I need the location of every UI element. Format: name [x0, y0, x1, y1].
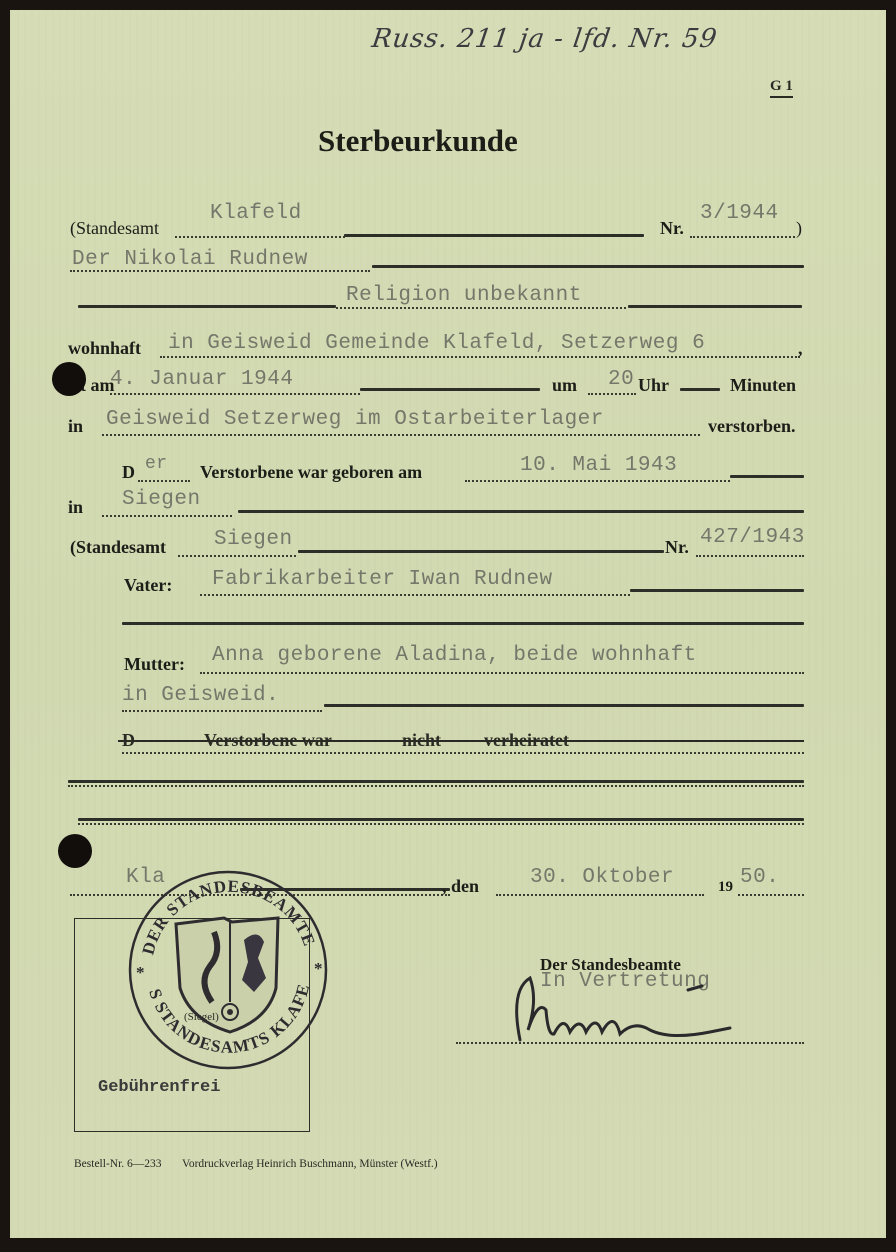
comma: ,	[798, 338, 803, 359]
religion-value: Religion unbekannt	[346, 284, 582, 307]
rule-line	[324, 704, 804, 707]
birth-place-value: Siegen	[122, 488, 201, 511]
rule-line	[238, 510, 804, 513]
rule-line	[78, 818, 804, 821]
minutes-label: Minuten	[730, 375, 796, 396]
deceased-name: Der Nikolai Rudnew	[72, 248, 308, 271]
rule-line	[360, 388, 540, 391]
died-label: verstorben.	[708, 416, 795, 437]
father-value: Fabrikarbeiter Iwan Rudnew	[212, 568, 553, 591]
close-paren: )	[796, 218, 802, 239]
official-seal-icon: DER STANDESBEAMTE DES STANDESAMTS KLAFEL…	[118, 862, 338, 1074]
mother-value-line1: Anna geborene Aladina, beide wohnhaft	[212, 644, 697, 667]
rule-line	[68, 780, 804, 783]
registry-label: (Standesamt	[70, 218, 159, 239]
fee-note: Gebührenfrei	[98, 1078, 220, 1097]
rule-line	[628, 305, 802, 308]
rule-line	[730, 475, 804, 478]
dotted-line	[110, 393, 360, 395]
registry-office-value: Klafeld	[210, 202, 302, 225]
dotted-line	[696, 555, 804, 557]
hour-label: Uhr	[638, 375, 669, 396]
form-code: G 1	[770, 78, 793, 98]
dotted-line	[175, 236, 345, 238]
dotted-line	[122, 710, 322, 712]
article-suffix: er	[145, 454, 168, 474]
dotted-line	[200, 672, 804, 674]
handwritten-annotation: Russ. 211 ja - lfd. Nr. 59	[370, 24, 720, 54]
year-prefix: 19	[718, 879, 733, 896]
strikethrough-line	[118, 740, 804, 742]
registry-nr-label: Nr.	[660, 218, 684, 239]
svg-text:*: *	[314, 959, 324, 978]
birth-nr-value: 427/1943	[700, 526, 805, 549]
article-prefix: D	[122, 462, 135, 483]
year-suffix-value: 50.	[740, 866, 779, 889]
residence-value: in Geisweid Gemeinde Klafeld, Setzerweg …	[168, 332, 705, 355]
residence-label: wohnhaft	[68, 338, 141, 359]
handwritten-signature-icon	[510, 970, 750, 1050]
rule-line	[298, 550, 664, 553]
birth-registry-value: Siegen	[214, 528, 293, 551]
svg-text:*: *	[136, 963, 146, 982]
rule-line	[372, 265, 804, 268]
rule-line	[78, 305, 336, 308]
dotted-line	[588, 393, 636, 395]
signature-dotted-line	[456, 1042, 804, 1044]
mother-label: Mutter:	[124, 654, 185, 675]
dotted-line	[68, 785, 804, 787]
rule-line	[630, 589, 804, 592]
rule-line	[344, 234, 644, 237]
footer-order-nr: Bestell-Nr. 6—233	[74, 1158, 162, 1170]
death-certificate-page: Russ. 211 ja - lfd. Nr. 59 G 1 Sterbeurk…	[10, 10, 886, 1238]
seal-label: (Siegel)	[184, 1011, 219, 1023]
dotted-line	[122, 752, 804, 754]
dotted-line	[102, 515, 232, 517]
birth-date-value: 10. Mai 1943	[520, 454, 677, 477]
rule-line	[680, 388, 720, 391]
punch-hole	[58, 834, 92, 868]
dotted-line	[102, 434, 700, 436]
death-place-label: in	[68, 416, 83, 437]
father-label: Vater:	[124, 575, 172, 596]
dotted-line	[690, 236, 795, 238]
punch-hole	[52, 362, 86, 396]
birth-nr-label: Nr.	[665, 537, 689, 558]
dotted-line	[160, 356, 800, 358]
dotted-line	[200, 594, 630, 596]
dotted-line	[336, 307, 626, 309]
rule-line	[122, 622, 804, 625]
death-date-value: 4. Januar 1944	[110, 368, 293, 391]
dotted-line	[496, 894, 704, 896]
footer-publisher: Vordruckverlag Heinrich Buschmann, Münst…	[182, 1158, 438, 1170]
issue-date-value: 30. Oktober	[530, 866, 674, 889]
birth-place-label: in	[68, 497, 83, 518]
birth-sentence: Verstorbene war geboren am	[200, 462, 422, 483]
dotted-line	[738, 894, 804, 896]
mother-value-line2: in Geisweid.	[122, 684, 279, 707]
time-label-um: um	[552, 375, 577, 396]
dotted-line	[78, 823, 804, 825]
registry-nr-value: 3/1944	[700, 202, 779, 225]
dotted-line	[70, 270, 370, 272]
birth-registry-label: (Standesamt	[70, 537, 166, 558]
dotted-line	[178, 555, 296, 557]
document-title: Sterbeurkunde	[318, 123, 518, 159]
dotted-line	[138, 480, 190, 482]
dotted-line	[465, 480, 730, 482]
den-label: , den	[442, 876, 479, 897]
death-hour-value: 20	[608, 368, 634, 391]
death-place-value: Geisweid Setzerweg im Ostarbeiterlager	[106, 408, 604, 431]
